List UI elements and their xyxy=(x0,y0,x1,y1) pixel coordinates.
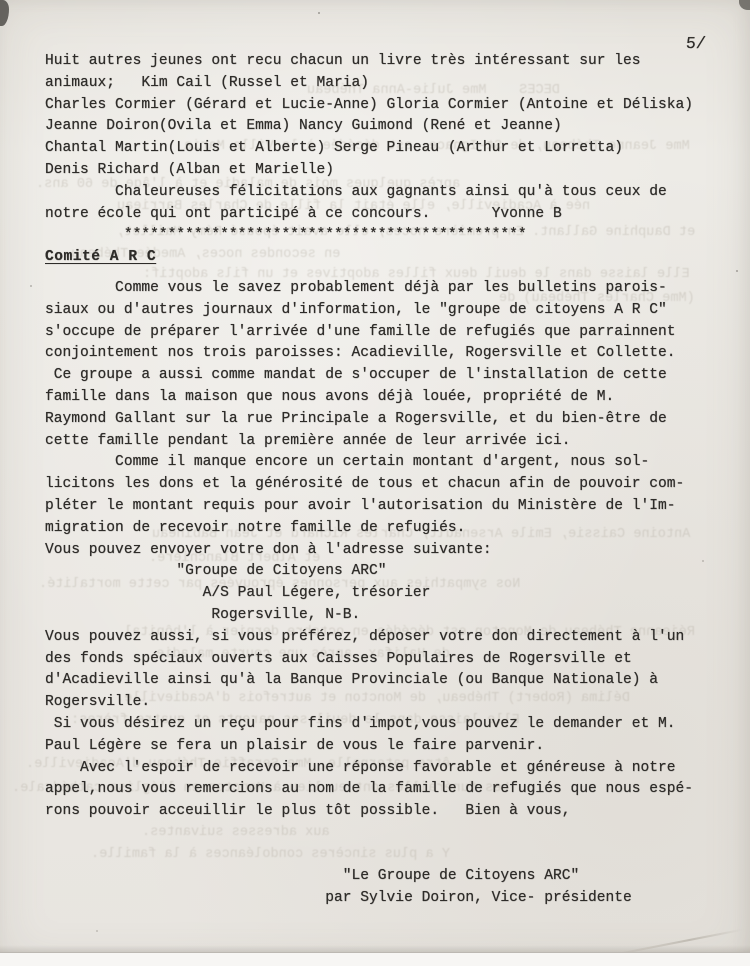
typed-line: Vous pouvez aussi, si vous préférez, dép… xyxy=(45,627,735,649)
typed-line: migration de recevoir notre famille de r… xyxy=(45,518,735,540)
typed-line: Paul Légère se fera un plaisir de vous l… xyxy=(45,736,735,758)
typed-line: animaux; Kim Cail (Russel et Maria) xyxy=(45,73,735,95)
typed-line: Comme il manque encore un certain montan… xyxy=(45,452,735,474)
typed-text: Huit autres jeunes ont recu chacun un li… xyxy=(45,51,735,910)
typed-line: "Le Groupe de Citoyens ARC" xyxy=(45,866,735,888)
paper-bottom-edge xyxy=(0,952,750,966)
typed-line: Rogersville. xyxy=(45,692,735,714)
typed-line: notre école qui ont participé à ce conco… xyxy=(45,204,735,226)
typed-line: Huit autres jeunes ont recu chacun un li… xyxy=(45,51,735,73)
document-page: DECES Mme Julie-Anna ThébeauMme Jeanne T… xyxy=(0,0,750,966)
typed-line: Jeanne Doiron(Ovila et Emma) Nancy Guimo… xyxy=(45,116,735,138)
typed-line: Rogersville, N-B. xyxy=(45,605,735,627)
typed-line: Charles Cormier (Gérard et Lucie-Anne) G… xyxy=(45,95,735,117)
typed-line: appel,nous vous remercions au nom de la … xyxy=(45,779,735,801)
typed-line: Chaleureuses félicitations aux gagnants … xyxy=(45,182,735,204)
typed-line: pléter le montant requis pour avoir l'au… xyxy=(45,496,735,518)
typed-line: des fonds spéciaux ouverts aux Caisses P… xyxy=(45,649,735,671)
scan-corner-mark-top-right xyxy=(739,0,750,10)
typed-line: Chantal Martin(Louis et Alberte) Serge P… xyxy=(45,138,735,160)
typed-line: Vous pouvez envoyer votre don à l'adress… xyxy=(45,540,735,562)
typed-line: Comme vous le savez probablement déjà pa… xyxy=(45,278,735,300)
typed-line: Denis Richard (Alban et Marielle) xyxy=(45,160,735,182)
typed-line: Raymond Gallant sur la rue Principale a … xyxy=(45,409,735,431)
typed-line: s'occupe de préparer l'arrivée d'une fam… xyxy=(45,322,735,344)
typed-line xyxy=(45,823,735,845)
typed-line: ****************************************… xyxy=(45,225,735,247)
typed-line: conjointement nos trois paroisses: Acadi… xyxy=(45,343,735,365)
typed-line: A/S Paul Légere, trésorier xyxy=(45,583,735,605)
typed-line: Ce groupe a aussi comme mandat de s'occu… xyxy=(45,365,735,387)
typed-line: d'Acadieville ainsi qu'à la Banque Provi… xyxy=(45,670,735,692)
typed-line: par Sylvie Doiron, Vice- présidente xyxy=(45,888,735,910)
typed-line: siaux ou d'autres journaux d'information… xyxy=(45,300,735,322)
scan-corner-mark-top-left xyxy=(0,0,9,26)
typed-line: Si vous désirez un reçu pour fins d'impo… xyxy=(45,714,735,736)
typed-line: famille dans la maison que nous avons dé… xyxy=(45,387,735,409)
typed-line: "Groupe de Citoyens ARC" xyxy=(45,561,735,583)
paper-specks xyxy=(0,0,2,2)
typed-line: licitons les dons et la générosité de to… xyxy=(45,474,735,496)
section-heading: Comité A R C xyxy=(45,247,735,269)
typed-line: cette famille pendant la première année … xyxy=(45,431,735,453)
typed-line xyxy=(45,845,735,867)
typed-line: rons pouvoir acceuillir le plus tôt poss… xyxy=(45,801,735,823)
typed-line: Avec l'espoir de recevoir une réponse fa… xyxy=(45,758,735,780)
